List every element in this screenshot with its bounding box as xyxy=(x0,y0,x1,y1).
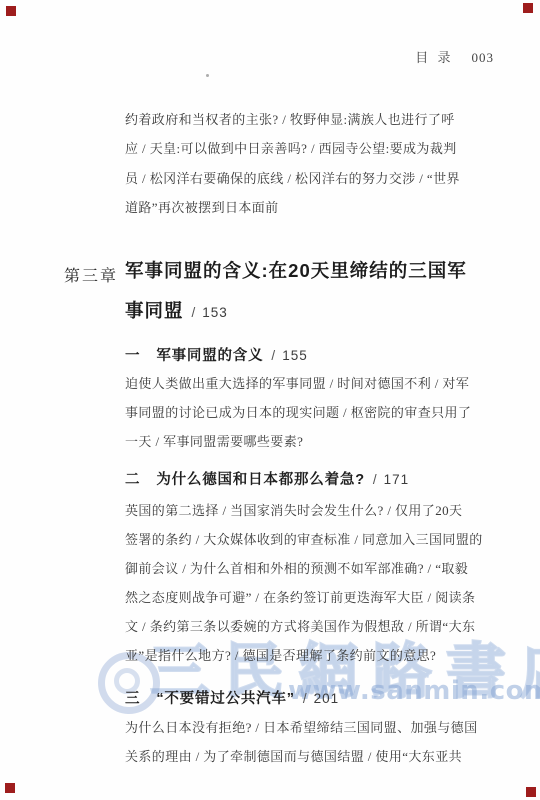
slash-separator: / xyxy=(271,348,276,363)
toc-page: 三民網路書店 www.sanmin.com.tw 目 录003 约着政府和当权者… xyxy=(0,0,540,800)
corner-mark-bottom-right xyxy=(526,787,536,797)
section-title: 军事同盟的含义 xyxy=(156,348,263,364)
section-number: 三 xyxy=(125,691,140,707)
section-number: 二 xyxy=(125,472,140,488)
toc-line: 迫使人类做出重大选择的军事同盟 / 时间对德国不利 / 对军 xyxy=(125,373,469,392)
toc-line: 一天 / 军事同盟需要哪些要素? xyxy=(125,431,303,450)
slash-separator: / xyxy=(373,472,378,487)
toc-line: 应 / 天皇:可以做到中日亲善吗? / 西园寺公望:要成为裁判 xyxy=(125,138,457,157)
chapter-title-line1: 军事同盟的含义:在20天里缔结的三国军 xyxy=(125,257,467,283)
toc-line: 签署的条约 / 大众媒体收到的审查标准 / 同意加入三国同盟的 xyxy=(125,529,483,548)
toc-line: 道路”再次被摆到日本面前 xyxy=(125,197,279,216)
chapter-label: 第三章 xyxy=(64,263,118,286)
toc-line: 然之态度则战争可避” / 在条约签订前更迭海军大臣 / 阅读条 xyxy=(125,587,475,606)
slash-separator: / xyxy=(303,691,308,706)
section-page-number: 171 xyxy=(384,472,410,487)
corner-mark-bottom-left xyxy=(5,783,15,793)
toc-line: 御前会议 / 为什么首相和外相的预测不如军部准确? / “取毅 xyxy=(125,558,468,577)
scan-artifact-dot xyxy=(206,74,209,77)
section-heading-3: 三“不要错过公共汽车”/201 xyxy=(125,687,339,708)
toc-line: 员 / 松冈洋右要确保的底线 / 松冈洋右的努力交涉 / “世界 xyxy=(125,168,460,187)
section-title: “不要错过公共汽车” xyxy=(156,691,295,707)
toc-line: 事同盟的讨论已成为日本的现实问题 / 枢密院的审查只用了 xyxy=(125,402,471,421)
toc-line: 关系的理由 / 为了牵制德国而与德国结盟 / 使用“大东亚共 xyxy=(125,746,462,765)
toc-line: 文 / 条约第三条以委婉的方式将美国作为假想敌 / 所谓“大东 xyxy=(125,616,475,635)
section-heading-2: 二为什么德国和日本都那么着急?/171 xyxy=(125,468,409,489)
section-page-number: 155 xyxy=(282,348,308,363)
section-heading-1: 一军事同盟的含义/155 xyxy=(125,344,308,365)
section-number: 一 xyxy=(125,348,140,364)
chapter-page-number: 153 xyxy=(202,305,228,320)
corner-mark-top-left xyxy=(6,6,16,16)
header-page-number: 003 xyxy=(472,50,495,65)
chapter-title-line2: 事同盟/153 xyxy=(125,297,228,323)
section-page-number: 201 xyxy=(314,691,340,706)
corner-mark-top-right xyxy=(523,3,533,13)
toc-line: 亚”是指什么地方? / 德国是否理解了条约前文的意思? xyxy=(125,645,436,664)
slash-separator: / xyxy=(192,305,197,320)
toc-line: 约着政府和当权者的主张? / 牧野伸显:满族人也进行了呼 xyxy=(125,109,455,128)
page-header: 目 录003 xyxy=(415,47,494,66)
chapter-title-text: 事同盟 xyxy=(125,300,184,321)
header-title: 目 录 xyxy=(415,50,453,65)
toc-line: 为什么日本没有拒绝? / 日本希望缔结三国同盟、加强与德国 xyxy=(125,717,477,736)
toc-line: 英国的第二选择 / 当国家消失时会发生什么? / 仅用了20天 xyxy=(125,500,462,519)
section-title: 为什么德国和日本都那么着急? xyxy=(156,472,365,488)
